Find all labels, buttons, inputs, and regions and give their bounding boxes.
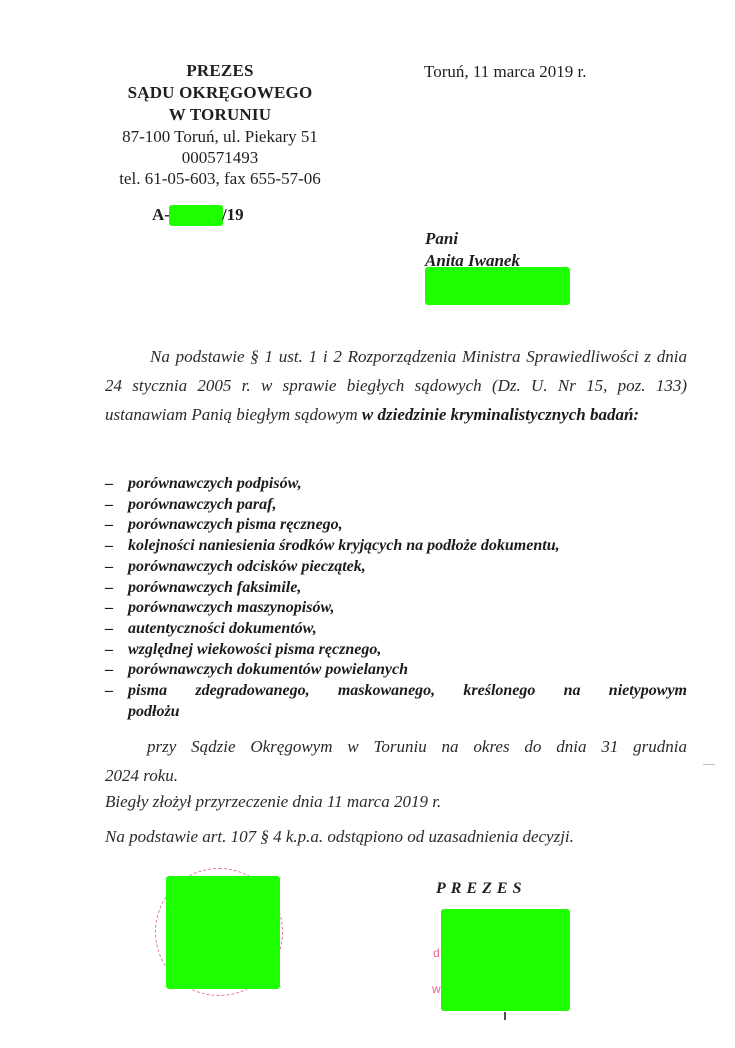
recipient-salutation: Pani [425, 228, 520, 250]
specialization-item: –porównawczych paraf, [105, 495, 687, 516]
specialization-item: –względnej wiekowości pisma ręcznego, [105, 640, 687, 661]
court-period-line-1: przy Sądzie Okręgowym w Toruniu na okres… [147, 737, 687, 756]
recipient-block: Pani Anita Iwanek [425, 228, 520, 272]
list-dash-icon: – [105, 640, 113, 661]
specialization-text: względnej wiekowości pisma ręcznego, [128, 641, 381, 658]
specialization-text: autentyczności dokumentów, [128, 620, 317, 637]
recipient-address-redaction [425, 267, 570, 305]
specialization-text: porównawczych paraf, [128, 496, 276, 513]
list-dash-icon: – [105, 474, 113, 495]
specialization-text: pisma zdegradowanego, maskowanego, kreśl… [128, 681, 687, 722]
signature-stamp-fragment: d [433, 946, 440, 960]
specialization-item: –kolejności naniesienia środków kryjącyc… [105, 536, 687, 557]
list-dash-icon: – [105, 495, 113, 516]
decision-field: w dziedzinie kryminalistycznych badań: [362, 405, 639, 424]
signature-redaction [441, 909, 570, 1011]
specialization-item: –porównawczych dokumentów powielanych [105, 660, 687, 681]
list-dash-icon: – [105, 578, 113, 599]
header-title-line-1: PREZES [80, 60, 360, 82]
specialization-text: porównawczych odcisków pieczątek, [128, 558, 366, 575]
list-dash-icon: – [105, 536, 113, 557]
specialization-item: –porównawczych podpisów, [105, 474, 687, 495]
list-dash-icon: – [105, 557, 113, 578]
stamp-redaction [166, 876, 280, 989]
list-dash-icon: – [105, 660, 113, 681]
header-title-line-2: SĄDU OKRĘGOWEGO [80, 82, 360, 104]
list-dash-icon: – [105, 515, 113, 536]
specialization-item: –porównawczych pisma ręcznego, [105, 515, 687, 536]
list-dash-icon: – [105, 681, 113, 702]
signature-stroke [504, 1012, 506, 1020]
specialization-text: porównawczych pisma ręcznego, [128, 516, 343, 533]
specialization-text: porównawczych podpisów, [128, 475, 302, 492]
specialization-list: –porównawczych podpisów,–porównawczych p… [105, 474, 687, 722]
specialization-text: porównawczych dokumentów powielanych [128, 661, 408, 678]
specialization-item: –porównawczych odcisków pieczątek, [105, 557, 687, 578]
specialization-item: –autentyczności dokumentów, [105, 619, 687, 640]
court-period: przy Sądzie Okręgowym w Toruniu na okres… [105, 732, 687, 790]
header-contact: tel. 61-05-603, fax 655-57-06 [80, 168, 360, 189]
reference-suffix: /19 [222, 205, 244, 225]
signature-title: PREZES [436, 880, 526, 898]
specialization-text: porównawczych maszynopisów, [128, 599, 335, 616]
specialization-text: kolejności naniesienia środków kryjących… [128, 537, 560, 554]
reference-number: A-/19 [152, 204, 244, 226]
court-header: PREZES SĄDU OKRĘGOWEGO W TORUNIU 87-100 … [80, 60, 360, 189]
specialization-item: –pisma zdegradowanego, maskowanego, kreś… [105, 681, 687, 722]
header-id-number: 000571493 [80, 147, 360, 168]
specialization-item: –porównawczych maszynopisów, [105, 598, 687, 619]
court-period-line-2: 2024 roku. [105, 766, 178, 785]
kpa-statement: Na podstawie art. 107 § 4 k.p.a. odstąpi… [105, 827, 574, 847]
header-address: 87-100 Toruń, ul. Piekary 51 [80, 126, 360, 147]
list-dash-icon: – [105, 598, 113, 619]
specialization-item: –porównawczych faksimile, [105, 578, 687, 599]
document-date: Toruń, 11 marca 2019 r. [424, 62, 586, 82]
reference-prefix: A- [152, 205, 170, 225]
decision-paragraph: Na podstawie § 1 ust. 1 i 2 Rozporządzen… [105, 342, 687, 429]
redaction-box [169, 205, 223, 226]
header-title-line-3: W TORUNIU [80, 104, 360, 126]
list-dash-icon: – [105, 619, 113, 640]
oath-statement: Biegły złożył przyrzeczenie dnia 11 marc… [105, 792, 441, 812]
signature-stamp-fragment: w [432, 982, 441, 996]
scan-artifact [703, 764, 715, 765]
specialization-text: porównawczych faksimile, [128, 579, 301, 596]
